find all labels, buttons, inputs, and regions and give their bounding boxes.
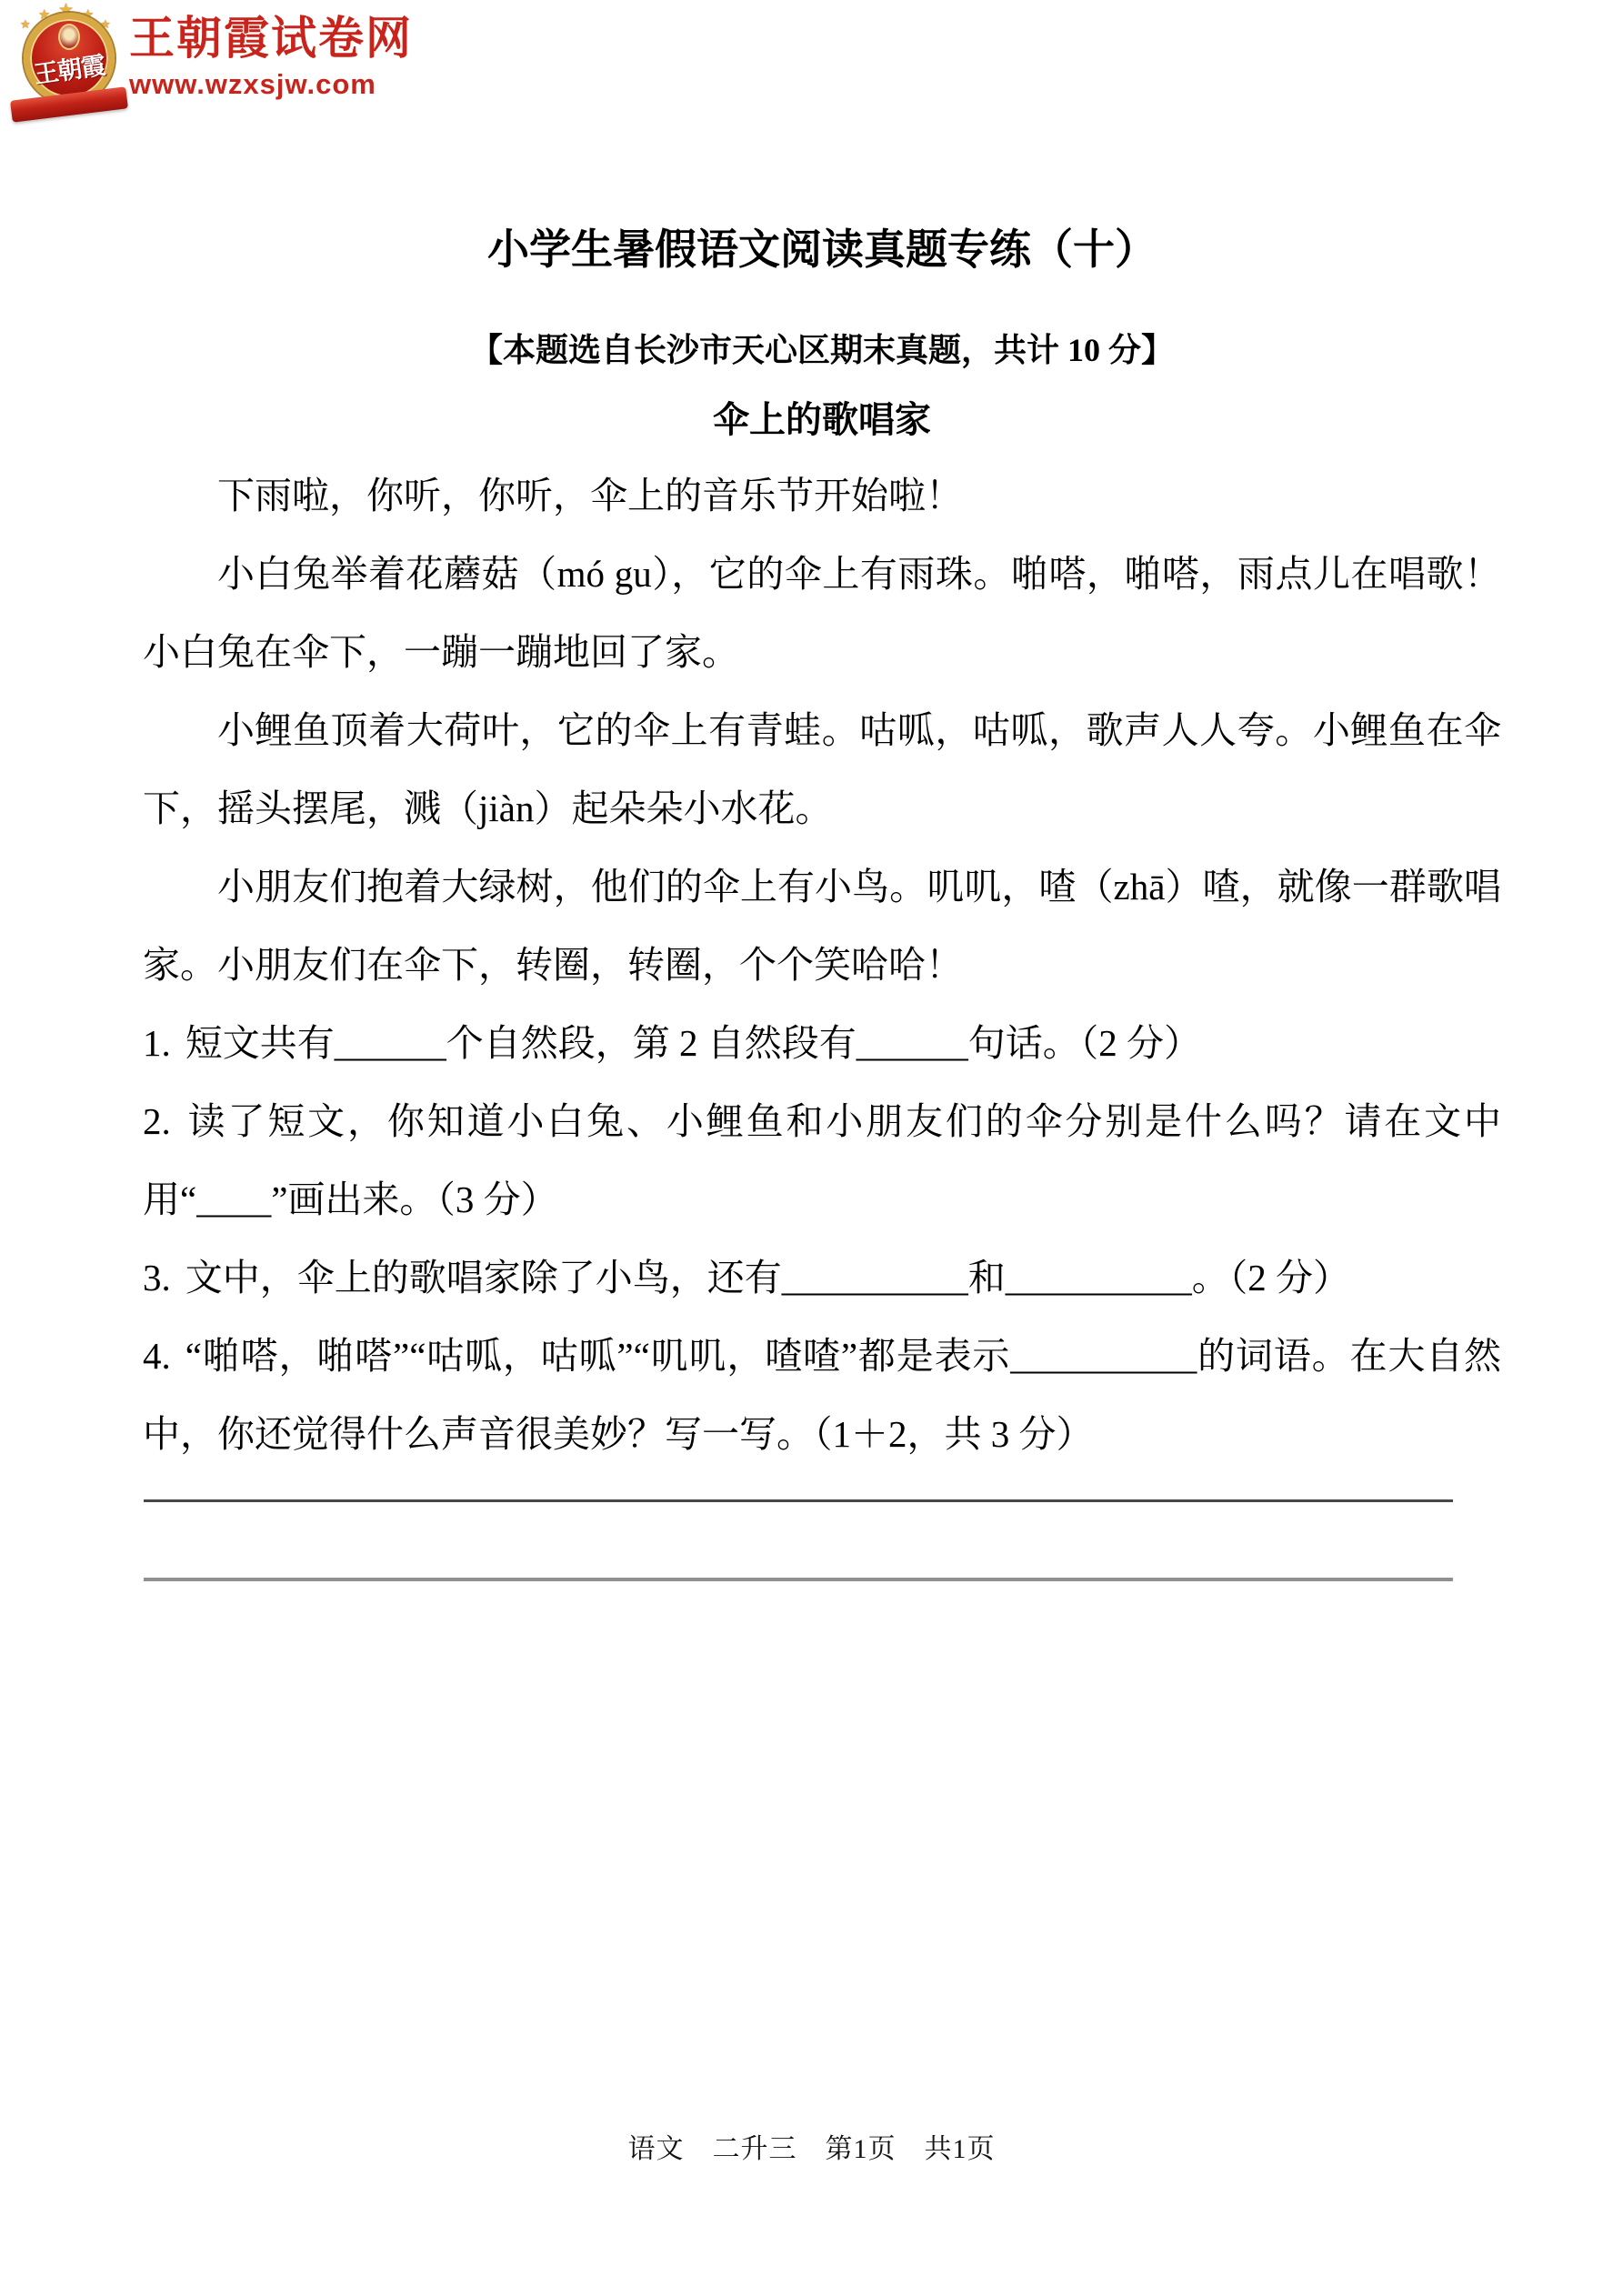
source-note: 【本题选自长沙市天心区期末真题，共计 10 分】	[143, 325, 1501, 371]
question-4: 4.“啪嗒，啪嗒”“咕呱，咕呱”“叽叽，喳喳”都是表示__________的词语…	[143, 1317, 1501, 1473]
question-2-number: 2.	[143, 1100, 171, 1142]
exam-page: { "logo": { "badge_text": "王朝霞", "site_n…	[0, 0, 1623, 2296]
article-title: 伞上的歌唱家	[143, 391, 1501, 443]
answer-line-1	[144, 1499, 1453, 1502]
article-paragraph-1: 下雨啦，你听，你听，伞上的音乐节开始啦！	[143, 456, 1501, 535]
article-paragraph-2: 小白兔举着花蘑菇（mó gu），它的伞上有雨珠。啪嗒，啪嗒，雨点儿在唱歌！小白兔…	[143, 535, 1501, 691]
portrait-icon	[58, 24, 80, 50]
question-3-number: 3.	[143, 1257, 171, 1298]
page-footer: 语文 二升三 第1页 共1页	[0, 2126, 1623, 2166]
logo-medal-icon: ★ ★ ★ ★ ★ 王朝霞	[13, 2, 125, 129]
question-3-text: 文中，伞上的歌唱家除了小鸟，还有__________和__________。（2…	[185, 1257, 1350, 1298]
site-url: www.wzxsjw.com	[129, 68, 413, 101]
star-icon: ★	[20, 17, 31, 32]
question-2-text: 读了短文，你知道小白兔、小鲤鱼和小朋友们的伞分别是什么吗？请在文中用“____”…	[143, 1100, 1501, 1220]
site-name: 王朝霞试卷网	[129, 15, 413, 63]
article-paragraph-3: 小鲤鱼顶着大荷叶，它的伞上有青蛙。咕呱，咕呱，歌声人人夸。小鲤鱼在伞下，摇头摆尾…	[143, 691, 1501, 847]
question-1: 1.短文共有______个自然段，第 2 自然段有______句话。（2 分）	[143, 1004, 1501, 1082]
page-title: 小学生暑假语文阅读真题专练（十）	[143, 216, 1501, 276]
medal-calligraphy-text: 王朝霞	[28, 45, 111, 91]
article-body: 下雨啦，你听，你听，伞上的音乐节开始啦！ 小白兔举着花蘑菇（mó gu），它的伞…	[143, 456, 1501, 1473]
article-paragraph-4: 小朋友们抱着大绿树，他们的伞上有小鸟。叽叽，喳（zhā）喳，就像一群歌唱家。小朋…	[143, 847, 1501, 1004]
question-4-text: “啪嗒，啪嗒”“咕呱，咕呱”“叽叽，喳喳”都是表示__________的词语。在…	[143, 1335, 1501, 1455]
answer-line-2	[144, 1578, 1453, 1581]
question-2: 2.读了短文，你知道小白兔、小鲤鱼和小朋友们的伞分别是什么吗？请在文中用“___…	[143, 1082, 1501, 1238]
question-1-number: 1.	[143, 1022, 171, 1064]
site-logo: ★ ★ ★ ★ ★ 王朝霞 王朝霞试卷网 www.wzxsjw.com	[13, 2, 413, 129]
brand-block: 王朝霞试卷网 www.wzxsjw.com	[129, 2, 413, 101]
question-3: 3.文中，伞上的歌唱家除了小鸟，还有__________和__________。…	[143, 1238, 1501, 1317]
question-1-text: 短文共有______个自然段，第 2 自然段有______句话。（2 分）	[185, 1022, 1201, 1064]
question-4-number: 4.	[143, 1335, 171, 1377]
